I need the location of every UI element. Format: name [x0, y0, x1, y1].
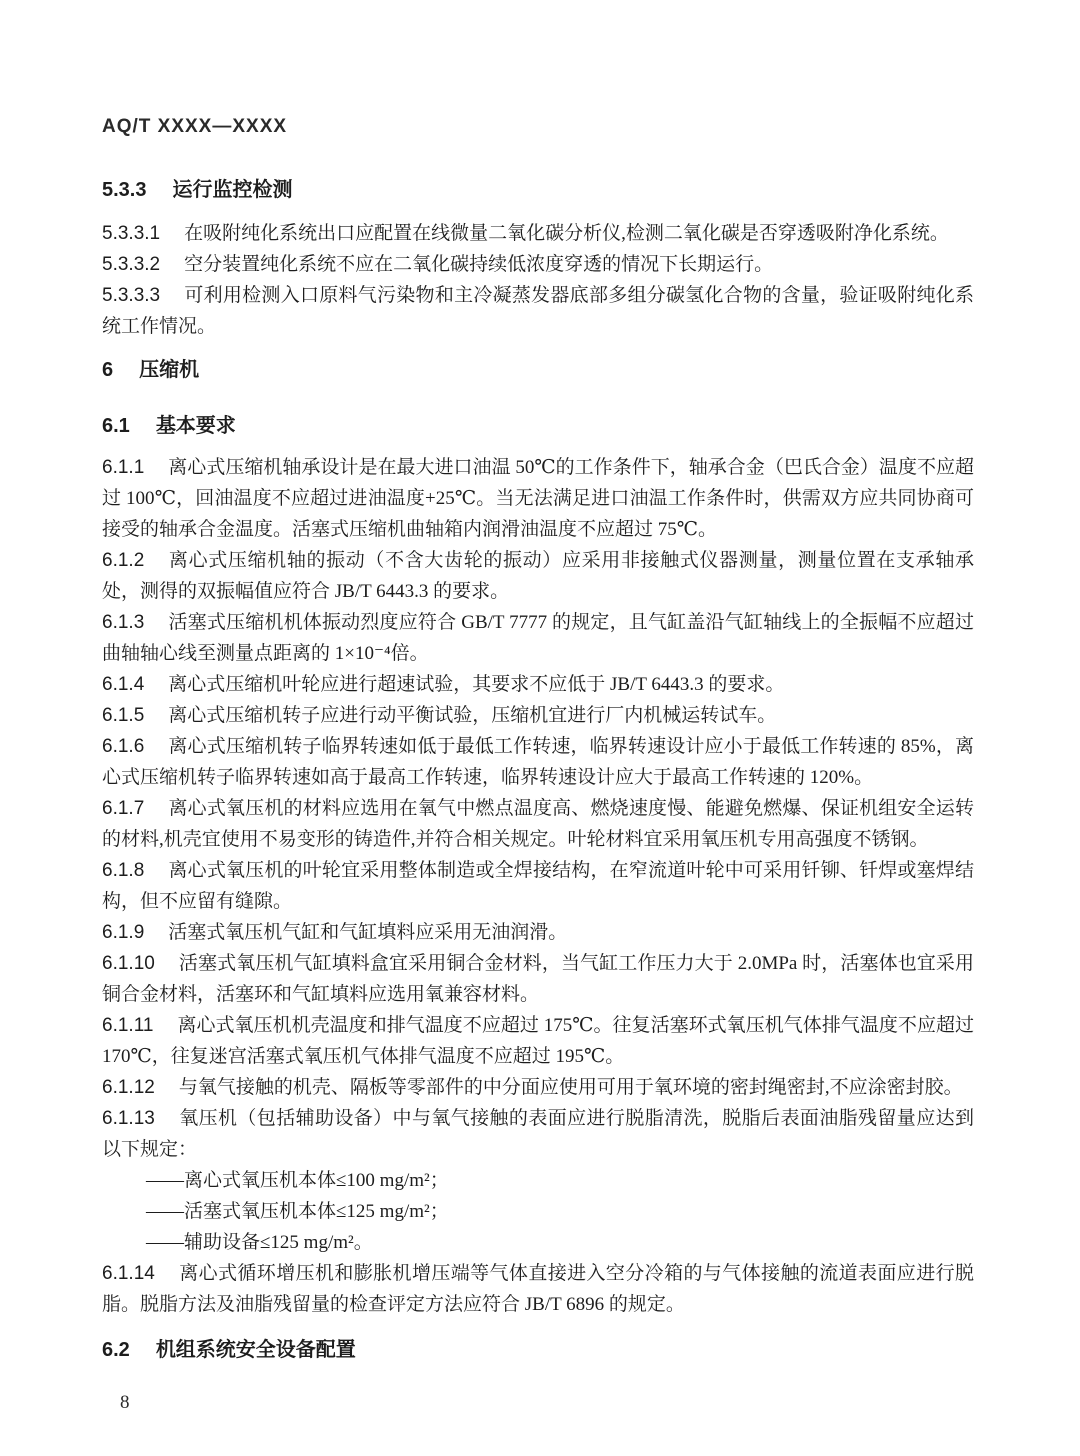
- clause-text: 离心式压缩机叶轮应进行超速试验，其要求不应低于 JB/T 6443.3 的要求。: [168, 674, 784, 695]
- clause-text: 离心式压缩机轴的振动（不含大齿轮的振动）应采用非接触式仪器测量，测量位置在支承轴…: [102, 550, 974, 602]
- document-header: AQ/T XXXX—XXXX: [102, 116, 974, 138]
- heading-title: 基本要求: [156, 415, 236, 437]
- list-item-text: 活塞式氧压机本体≤125 mg/m²；: [184, 1201, 449, 1222]
- doc-code: AQ/T XXXX—XXXX: [102, 116, 287, 137]
- clause-6-1-7: 6.1.7离心式氧压机的材料应选用在氧气中燃点温度高、燃烧速度慢、能避免燃爆、保…: [102, 793, 974, 855]
- clause-6-1-5: 6.1.5离心式压缩机转子应进行动平衡试验，压缩机宜进行厂内机械运转试车。: [102, 700, 974, 731]
- clause-number: 6.1.11: [102, 1015, 153, 1036]
- clause-number: 6.1.10: [102, 953, 155, 974]
- clause-number: 6.1.14: [102, 1263, 155, 1284]
- heading-number: 6.2: [102, 1339, 130, 1361]
- list-item-text: 离心式氧压机本体≤100 mg/m²；: [184, 1170, 449, 1191]
- clause-number: 6.1.12: [102, 1077, 155, 1098]
- clause-number: 6.1.4: [102, 674, 144, 695]
- clause-text: 离心式氧压机的材料应选用在氧气中燃点温度高、燃烧速度慢、能避免燃爆、保证机组安全…: [102, 798, 974, 850]
- clause-6-1-1: 6.1.1离心式压缩机轴承设计是在最大进口油温 50℃的工作条件下，轴承合金（巴…: [102, 452, 974, 545]
- clause-text: 离心式氧压机的叶轮宜采用整体制造或全焊接结构，在窄流道叶轮中可采用钎铆、钎焊或塞…: [102, 860, 974, 912]
- clause-number: 5.3.3.2: [102, 254, 160, 275]
- clause-number: 6.1.5: [102, 705, 144, 726]
- clause-5-3-3-3: 5.3.3.3可利用检测入口原料气污染物和主冷凝蒸发器底部多组分碳氢化合物的含量…: [102, 280, 974, 342]
- list-dash: ——: [146, 1232, 184, 1253]
- clause-text: 可利用检测入口原料气污染物和主冷凝蒸发器底部多组分碳氢化合物的含量，验证吸附纯化…: [102, 285, 974, 337]
- clause-6-1-3: 6.1.3活塞式压缩机机体振动烈度应符合 GB/T 7777 的规定，且气缸盖沿…: [102, 607, 974, 669]
- clause-6-1-10: 6.1.10活塞式氧压机气缸填料盒宜采用铜合金材料，当气缸工作压力大于 2.0M…: [102, 948, 974, 1010]
- clause-6-1-13: 6.1.13氧压机（包括辅助设备）中与氧气接触的表面应进行脱脂清洗，脱脂后表面油…: [102, 1103, 974, 1165]
- clause-text: 离心式压缩机转子应进行动平衡试验，压缩机宜进行厂内机械运转试车。: [168, 705, 776, 726]
- clause-number: 5.3.3.1: [102, 223, 160, 244]
- clause-number: 6.1.13: [102, 1108, 155, 1129]
- list-item-text: 辅助设备≤125 mg/m²。: [184, 1232, 373, 1253]
- clause-number: 6.1.7: [102, 798, 144, 819]
- heading-5-3-3: 5.3.3运行监控检测: [102, 176, 974, 204]
- clause-number: 6.1.2: [102, 550, 144, 571]
- clause-6-1-11: 6.1.11离心式氧压机机壳温度和排气温度不应超过 175℃。往复活塞环式氧压机…: [102, 1010, 974, 1072]
- clause-text: 活塞式压缩机机体振动烈度应符合 GB/T 7777 的规定，且气缸盖沿气缸轴线上…: [102, 612, 974, 664]
- clause-number: 5.3.3.3: [102, 285, 160, 306]
- clause-number: 6.1.6: [102, 736, 144, 757]
- clause-text: 活塞式氧压机气缸和气缸填料应采用无油润滑。: [168, 922, 567, 943]
- clause-6-1-2: 6.1.2离心式压缩机轴的振动（不含大齿轮的振动）应采用非接触式仪器测量，测量位…: [102, 545, 974, 607]
- document-footer: 8: [120, 1392, 130, 1414]
- list-dash: ——: [146, 1170, 184, 1191]
- list-item-auxiliary-equipment: ——辅助设备≤125 mg/m²。: [102, 1227, 974, 1258]
- clause-text: 活塞式氧压机气缸填料盒宜采用铜合金材料，当气缸工作压力大于 2.0MPa 时，活…: [102, 953, 974, 1005]
- clause-6-1-6: 6.1.6离心式压缩机转子临界转速如低于最低工作转速，临界转速设计应小于最低工作…: [102, 731, 974, 793]
- heading-number: 5.3.3: [102, 179, 146, 201]
- heading-number: 6.1: [102, 415, 130, 437]
- clause-number: 6.1.1: [102, 457, 144, 478]
- clause-text: 空分装置纯化系统不应在二氧化碳持续低浓度穿透的情况下长期运行。: [184, 254, 773, 275]
- clause-6-1-4: 6.1.4离心式压缩机叶轮应进行超速试验，其要求不应低于 JB/T 6443.3…: [102, 669, 974, 700]
- clause-text: 离心式循环增压机和膨胀机增压端等气体直接进入空分冷箱的与气体接触的流道表面应进行…: [102, 1263, 974, 1315]
- heading-title: 压缩机: [139, 359, 199, 381]
- clause-text: 与氧气接触的机壳、隔板等零部件的中分面应使用可用于氧环境的密封绳密封,不应涂密封…: [179, 1077, 963, 1098]
- clause-6-1-8: 6.1.8离心式氧压机的叶轮宜采用整体制造或全焊接结构，在窄流道叶轮中可采用钎铆…: [102, 855, 974, 917]
- heading-title: 运行监控检测: [172, 179, 292, 201]
- clause-text: 离心式压缩机轴承设计是在最大进口油温 50℃的工作条件下，轴承合金（巴氏合金）温…: [102, 457, 974, 540]
- clause-6-1-9: 6.1.9活塞式氧压机气缸和气缸填料应采用无油润滑。: [102, 917, 974, 948]
- list-dash: ——: [146, 1201, 184, 1222]
- clause-number: 6.1.3: [102, 612, 144, 633]
- clause-text: 离心式压缩机转子临界转速如低于最低工作转速，临界转速设计应小于最低工作转速的 8…: [102, 736, 974, 788]
- list-item-centrifugal-oxygen-body: ——离心式氧压机本体≤100 mg/m²；: [102, 1165, 974, 1196]
- document-page: AQ/T XXXX—XXXX 5.3.3运行监控检测 5.3.3.1在吸附纯化系…: [0, 0, 1080, 1456]
- heading-number: 6: [102, 359, 113, 381]
- clause-text: 氧压机（包括辅助设备）中与氧气接触的表面应进行脱脂清洗，脱脂后表面油脂残留量应达…: [102, 1108, 974, 1160]
- clause-text: 在吸附纯化系统出口应配置在线微量二氧化碳分析仪,检测二氧化碳是否穿透吸附净化系统…: [184, 223, 949, 244]
- clause-6-1-12: 6.1.12与氧气接触的机壳、隔板等零部件的中分面应使用可用于氧环境的密封绳密封…: [102, 1072, 974, 1103]
- clause-number: 6.1.9: [102, 922, 144, 943]
- heading-6: 6压缩机: [102, 356, 974, 384]
- heading-title: 机组系统安全设备配置: [156, 1339, 356, 1361]
- clause-6-1-14: 6.1.14离心式循环增压机和膨胀机增压端等气体直接进入空分冷箱的与气体接触的流…: [102, 1258, 974, 1320]
- page-number: 8: [120, 1392, 130, 1413]
- clause-number: 6.1.8: [102, 860, 144, 881]
- clause-5-3-3-1: 5.3.3.1在吸附纯化系统出口应配置在线微量二氧化碳分析仪,检测二氧化碳是否穿…: [102, 218, 974, 249]
- heading-6-2: 6.2机组系统安全设备配置: [102, 1336, 974, 1364]
- clause-text: 离心式氧压机机壳温度和排气温度不应超过 175℃。往复活塞环式氧压机气体排气温度…: [102, 1015, 974, 1067]
- heading-6-1: 6.1基本要求: [102, 412, 974, 440]
- list-item-piston-oxygen-body: ——活塞式氧压机本体≤125 mg/m²；: [102, 1196, 974, 1227]
- clause-5-3-3-2: 5.3.3.2空分装置纯化系统不应在二氧化碳持续低浓度穿透的情况下长期运行。: [102, 249, 974, 280]
